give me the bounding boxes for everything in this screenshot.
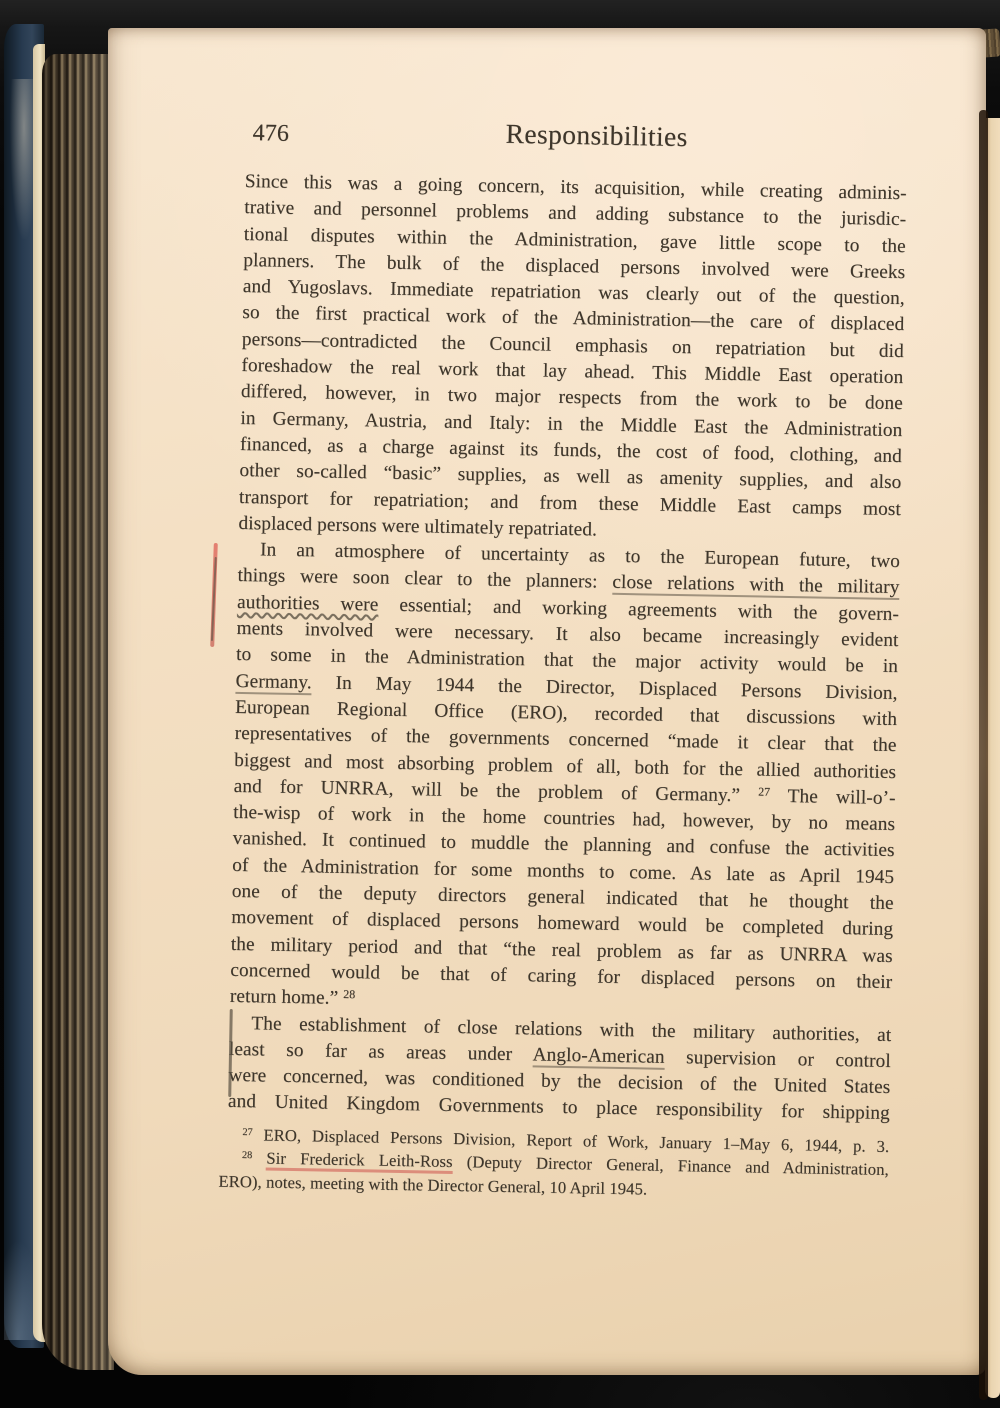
text-segment bbox=[252, 1148, 267, 1167]
text-segment: things were soon clear to the planners: bbox=[237, 565, 612, 593]
text-segment: return home.” bbox=[230, 986, 344, 1009]
page-number: 476 bbox=[252, 120, 289, 147]
page-fore-edges bbox=[42, 54, 114, 1370]
paragraph: The establishment of close relations wit… bbox=[228, 1010, 892, 1127]
book-page: 476 Responsibilities Since this was a go… bbox=[108, 28, 986, 1375]
text-segment: least so far as areas under bbox=[229, 1039, 533, 1066]
red-pencil-margin-mark bbox=[210, 543, 217, 647]
running-head: Responsibilities bbox=[505, 121, 688, 151]
body-paragraphs: Since this was a going concern, its acqu… bbox=[228, 169, 907, 1128]
text-segment: The will-o’- bbox=[770, 786, 896, 809]
footnote-marker: 27 bbox=[758, 784, 770, 798]
text-segment: displaced persons were ultimately repatr… bbox=[238, 513, 597, 541]
paragraph: In an atmosphere of uncertainty as to th… bbox=[230, 537, 901, 1022]
text-segment: supervision or control bbox=[664, 1047, 891, 1072]
paragraph: Since this was a going concern, its acqu… bbox=[238, 169, 907, 549]
underlined-text: Germany. bbox=[235, 671, 312, 695]
footnotes: 27 ERO, Displaced Persons Division, Repo… bbox=[226, 1123, 889, 1205]
underlined-text: close relations with the military bbox=[612, 572, 900, 600]
footnote-marker: 27 bbox=[242, 1127, 252, 1138]
book-photo: 476 Responsibilities Since this was a go… bbox=[0, 0, 1000, 1408]
underlined-text: Anglo-American bbox=[532, 1044, 664, 1069]
footnote-marker: 28 bbox=[343, 987, 355, 1001]
page-text: 476 Responsibilities Since this was a go… bbox=[226, 116, 908, 1205]
underlined-text: authorities were bbox=[237, 592, 379, 616]
footnote-marker: 28 bbox=[242, 1150, 252, 1161]
gutter-shadow bbox=[979, 110, 988, 1400]
